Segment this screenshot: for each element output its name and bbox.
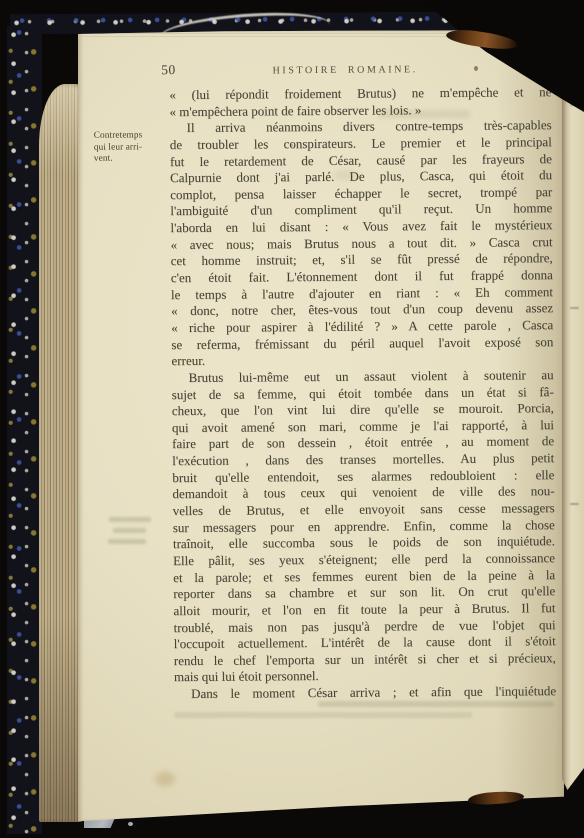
margin-note-line: Contretemps <box>94 130 156 142</box>
marble-speck <box>128 822 133 826</box>
text-line: Dans le moment César arriva ; et afin qu… <box>174 683 556 703</box>
text-line: rendu le chef l'emporta sur un intérêt s… <box>174 650 556 670</box>
text-line: se referma, frémissant du péril auquel l… <box>171 334 553 354</box>
text-line: « (lui répondit froidement Brutus) ne m'… <box>169 84 551 104</box>
bleed-through-mark <box>570 503 579 505</box>
facing-page-sliver <box>562 55 584 790</box>
margin-note-line: vent. <box>94 153 156 165</box>
bleed-through-mark <box>570 307 579 309</box>
book-page: 50 HISTOIRE ROMAINE. Contretempsqui leur… <box>78 30 564 822</box>
margin-note-line: qui leur arri- <box>94 142 156 154</box>
body-text: « (lui répondit froidement Brutus) ne m'… <box>169 84 556 703</box>
page-fore-edge-stack <box>39 84 84 822</box>
running-title: HISTOIRE ROMAINE. <box>225 65 465 77</box>
marbled-cover-left <box>7 26 42 834</box>
margin-note: Contretempsqui leur arri-vent. <box>94 130 156 165</box>
page-number: 50 <box>161 63 176 77</box>
book-scan-photo: 50 HISTOIRE ROMAINE. Contretempsqui leur… <box>0 0 584 838</box>
page-content: 50 HISTOIRE ROMAINE. Contretempsqui leur… <box>75 28 567 824</box>
